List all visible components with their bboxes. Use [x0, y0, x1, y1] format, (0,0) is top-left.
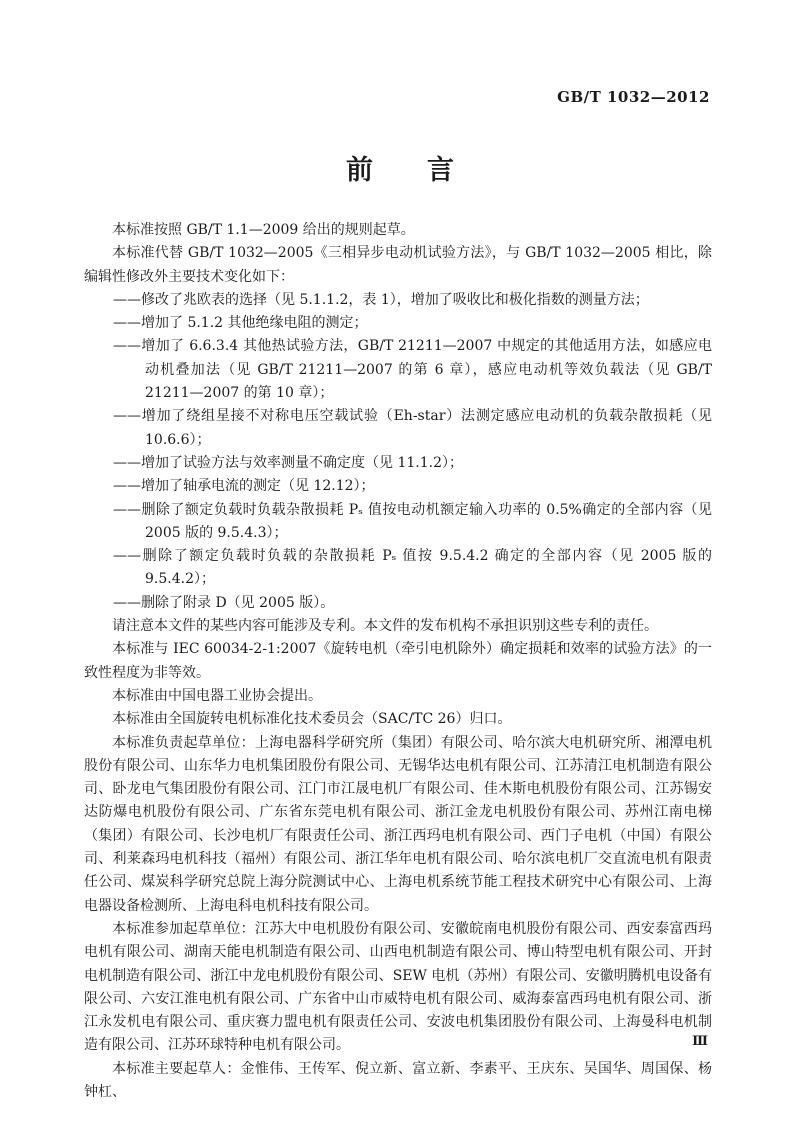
document-page: GB/T 1032—2012 前 言 本标准按照 GB/T 1.1—2009 给…	[0, 0, 800, 1131]
paragraph-participating-orgs: 本标准参加起草单位：江苏大中电机股份有限公司、安徽皖南电机股份有限公司、西安泰富…	[84, 918, 712, 1058]
change-item: ——删除了额定负载时负载杂散损耗 Pₛ 值按电动机额定输入功率的 0.5%确定的…	[84, 499, 712, 546]
paragraph-drafting-basis: 本标准按照 GB/T 1.1—2009 给出的规则起草。	[84, 219, 712, 242]
paragraph-drafters: 本标准主要起草人：金惟伟、王传军、倪立新、富立新、李素平、王庆东、吴国华、周国保…	[84, 1058, 712, 1105]
change-item: ——增加了试验方法与效率测量不确定度（见 11.1.2）；	[84, 452, 712, 475]
paragraph-proposed-by: 本标准由中国电器工业协会提出。	[84, 685, 712, 708]
page-title: 前 言	[0, 148, 800, 187]
change-item: ——删除了额定负载时负载的杂散损耗 Pₛ 值按 9.5.4.2 确定的全部内容（…	[84, 545, 712, 592]
page-number: Ⅲ	[692, 1034, 708, 1049]
change-item: ——增加了 6.6.3.4 其他热试验方法，GB/T 21211—2007 中规…	[84, 335, 712, 405]
paragraph-chief-drafting-orgs: 本标准负责起草单位：上海电器科学研究所（集团）有限公司、哈尔滨大电机研究所、湘潭…	[84, 732, 712, 918]
paragraph-centralized-by: 本标准由全国旋转电机标准化技术委员会（SAC/TC 26）归口。	[84, 708, 712, 731]
paragraph-patent-notice: 请注意本文件的某些内容可能涉及专利。本文件的发布机构不承担识别这些专利的责任。	[84, 615, 712, 638]
change-item: ——增加了轴承电流的测定（见 12.12）；	[84, 475, 712, 498]
paragraph-replaces: 本标准代替 GB/T 1032—2005《三相异步电动机试验方法》，与 GB/T…	[84, 242, 712, 289]
change-item: ——增加了 5.1.2 其他绝缘电阻的测定；	[84, 312, 712, 335]
paragraph-iec-consistency: 本标准与 IEC 60034-2-1:2007《旋转电机（牵引电机除外）确定损耗…	[84, 638, 712, 685]
change-item: ——增加了绕组星接不对称电压空载试验（Eh-star）法测定感应电动机的负载杂散…	[84, 405, 712, 452]
standard-code-header: GB/T 1032—2012	[557, 88, 710, 106]
foreword-body: 本标准按照 GB/T 1.1—2009 给出的规则起草。 本标准代替 GB/T …	[84, 219, 712, 1104]
change-item: ——删除了附录 D（见 2005 版）。	[84, 592, 712, 615]
change-item: ——修改了兆欧表的选择（见 5.1.1.2，表 1），增加了吸收比和极化指数的测…	[84, 289, 712, 312]
